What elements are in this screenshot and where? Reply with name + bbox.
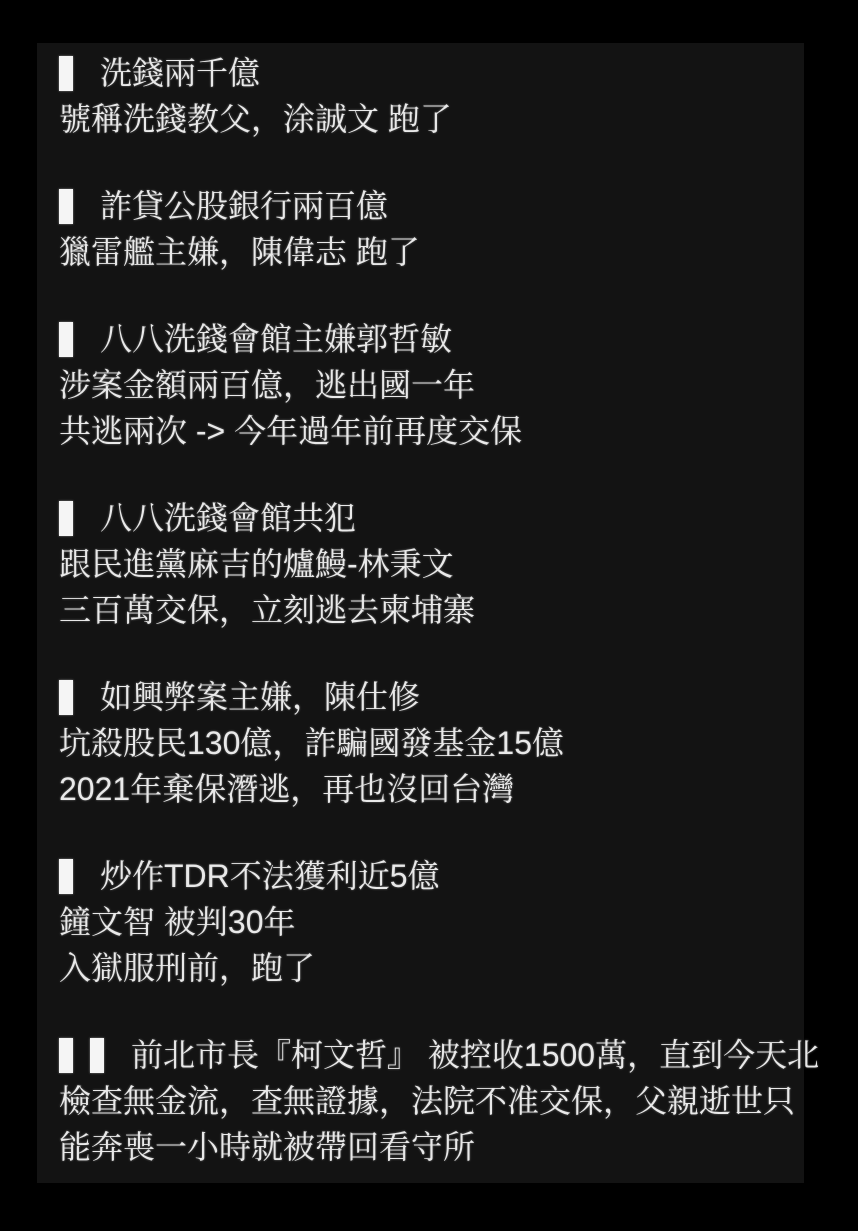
case-block: 洗錢兩千億 號稱洗錢教父，涂誠文 跑了 <box>59 50 788 142</box>
case-heading-row: 前北市長『柯文哲』 被控收1500萬，直到今天北 <box>59 1032 788 1078</box>
heading-marker <box>59 859 73 894</box>
case-block: 詐貸公股銀行兩百億 獵雷艦主嫌，陳偉志 跑了 <box>59 183 788 275</box>
case-heading-row: 洗錢兩千億 <box>59 50 788 96</box>
heading-marker <box>59 322 73 357</box>
case-text-line: 獵雷艦主嫌，陳偉志 跑了 <box>59 229 788 275</box>
case-heading-text: 詐貸公股銀行兩百億 <box>100 183 388 229</box>
case-heading-text: 如興弊案主嫌，陳仕修 <box>100 674 420 720</box>
case-block: 如興弊案主嫌，陳仕修 坑殺股民130億，詐騙國發基金15億 2021年棄保潛逃，… <box>59 674 788 812</box>
marker-bar-icon <box>59 56 73 91</box>
heading-marker <box>59 56 73 91</box>
case-block: 八八洗錢會館主嫌郭哲敏 涉案金額兩百億，逃出國一年 共逃兩次 -> 今年過年前再… <box>59 316 788 454</box>
heading-marker <box>59 1038 104 1073</box>
case-heading-text: 八八洗錢會館共犯 <box>100 495 356 541</box>
case-heading-text: 前北市長『柯文哲』 被控收1500萬，直到今天北 <box>131 1032 819 1078</box>
case-text-line: 號稱洗錢教父，涂誠文 跑了 <box>59 96 788 142</box>
marker-bar-icon <box>59 189 73 224</box>
case-text-line: 能奔喪一小時就被帶回看守所 <box>59 1124 788 1170</box>
case-text-line: 檢查無金流，查無證據，法院不准交保，父親逝世只 <box>59 1078 788 1124</box>
case-text-line: 涉案金額兩百億，逃出國一年 <box>59 362 788 408</box>
case-heading-row: 詐貸公股銀行兩百億 <box>59 183 788 229</box>
case-text-line: 三百萬交保，立刻逃去柬埔寨 <box>59 587 788 633</box>
marker-bar-icon <box>90 1038 104 1073</box>
case-block: 前北市長『柯文哲』 被控收1500萬，直到今天北 檢查無金流，查無證據，法院不准… <box>59 1032 788 1170</box>
heading-marker <box>59 501 73 536</box>
case-text-line: 共逃兩次 -> 今年過年前再度交保 <box>59 408 788 454</box>
case-text-line: 2021年棄保潛逃，再也沒回台灣 <box>59 766 788 812</box>
marker-bar-icon <box>59 1038 73 1073</box>
marker-bar-icon <box>59 501 73 536</box>
post-panel: 洗錢兩千億 號稱洗錢教父，涂誠文 跑了 詐貸公股銀行兩百億 獵雷艦主嫌，陳偉志 … <box>37 43 804 1183</box>
case-block: 炒作TDR不法獲利近5億 鐘文智 被判30年 入獄服刑前，跑了 <box>59 853 788 991</box>
heading-marker <box>59 189 73 224</box>
case-text-line: 鐘文智 被判30年 <box>59 899 788 945</box>
case-heading-row: 八八洗錢會館主嫌郭哲敏 <box>59 316 788 362</box>
marker-bar-icon <box>59 680 73 715</box>
heading-marker <box>59 680 73 715</box>
case-text-line: 跟民進黨麻吉的爐鰻-林秉文 <box>59 541 788 587</box>
case-heading-row: 八八洗錢會館共犯 <box>59 495 788 541</box>
marker-bar-icon <box>59 859 73 894</box>
case-heading-text: 洗錢兩千億 <box>100 50 260 96</box>
case-heading-text: 八八洗錢會館主嫌郭哲敏 <box>100 316 452 362</box>
case-text-line: 入獄服刑前，跑了 <box>59 945 788 991</box>
case-heading-text: 炒作TDR不法獲利近5億 <box>100 853 440 899</box>
case-text-line: 坑殺股民130億，詐騙國發基金15億 <box>59 720 788 766</box>
case-heading-row: 炒作TDR不法獲利近5億 <box>59 853 788 899</box>
case-heading-row: 如興弊案主嫌，陳仕修 <box>59 674 788 720</box>
marker-bar-icon <box>59 322 73 357</box>
case-block: 八八洗錢會館共犯 跟民進黨麻吉的爐鰻-林秉文 三百萬交保，立刻逃去柬埔寨 <box>59 495 788 633</box>
